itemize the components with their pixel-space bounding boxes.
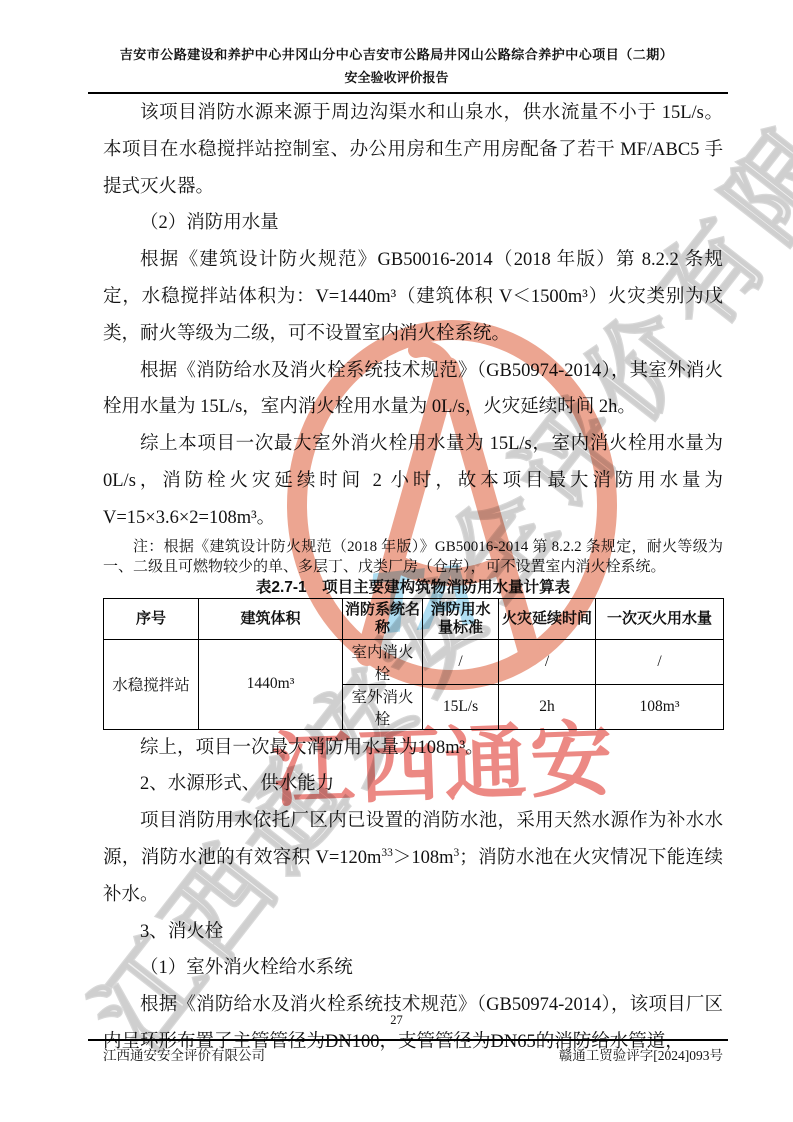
paragraph-fire-pool: 项目消防用水依托厂区内已设置的消防水池，采用天然水源作为补水水源，消防水池的有效… — [103, 803, 723, 913]
page-header-line2: 安全验收评价报告 — [0, 67, 793, 86]
col-header-volume: 建筑体积 — [199, 598, 343, 639]
cell-system-indoor: 室内消火栓 — [343, 639, 423, 684]
document-page: 吉安市公路建设和养护中心井冈山分中心吉安市公路局井冈山公路综合养护中心项目（二期… — [0, 0, 793, 1122]
cell-system-outdoor: 室外消火栓 — [343, 684, 423, 729]
footer-divider — [88, 1039, 728, 1041]
cell-standard-indoor: / — [423, 639, 499, 684]
fire-water-table: 序号 建筑体积 消防系统名称 消防用水量标准 火灾延续时间 一次灭火用水量 水稳… — [103, 598, 724, 730]
cell-volume: 1440m³ — [199, 639, 343, 729]
fire-pool-text-2: ＞108m — [393, 848, 454, 868]
heading-water-supply: 2、水源形式、供水能力 — [103, 766, 723, 803]
page-header: 吉安市公路建设和养护中心井冈山分中心吉安市公路局井冈山公路综合养护中心项目（二期… — [0, 44, 793, 86]
paragraph-fire-water-source: 该项目消防水源来源于周边沟渠水和山泉水，供水流量不小于 15L/s。本项目在水稳… — [103, 95, 723, 205]
heading-fire-water-usage: （2）消防用水量 — [103, 205, 723, 242]
cell-usage-indoor: / — [596, 639, 724, 684]
fire-pool-sup-1: 33 — [381, 847, 392, 859]
footer-company: 江西通安安全评价有限公司 — [103, 1044, 265, 1064]
document-body: 该项目消防水源来源于周边沟渠水和山泉水，供水流量不小于 15L/s。本项目在水稳… — [103, 95, 723, 1061]
col-header-system: 消防系统名称 — [343, 598, 423, 639]
col-header-usage: 一次灭火用水量 — [596, 598, 724, 639]
table-note: 注：根据《建筑设计防火规范（2018 年版）》GB50016-2014 第 8.… — [103, 537, 723, 578]
col-header-seq: 序号 — [104, 598, 199, 639]
paragraph-code-gb50016: 根据《建筑设计防火规范》GB50016-2014（2018 年版）第 8.2.2… — [103, 242, 723, 352]
page-header-line1: 吉安市公路建设和养护中心井冈山分中心吉安市公路局井冈山公路综合养护中心项目（二期… — [0, 44, 793, 63]
cell-duration-outdoor: 2h — [499, 684, 596, 729]
heading-outdoor-hydrant: （1）室外消火栓给水系统 — [103, 950, 723, 987]
cell-duration-indoor: / — [499, 639, 596, 684]
cell-standard-outdoor: 15L/s — [423, 684, 499, 729]
col-header-standard: 消防用水量标准 — [423, 598, 499, 639]
page-footer: 江西通安安全评价有限公司 赣通工贸验评字[2024]093号 — [103, 1044, 723, 1064]
table-row-indoor: 水稳搅拌站 1440m³ 室内消火栓 / / / — [104, 639, 724, 684]
col-header-duration: 火灾延续时间 — [499, 598, 596, 639]
cell-building: 水稳搅拌站 — [104, 639, 199, 729]
paragraph-conclusion: 综上，项目一次最大消防用水量为108m³。 — [103, 730, 723, 767]
page-number: 27 — [0, 1013, 793, 1028]
paragraph-max-water-usage: 综上本项目一次最大室外消火栓用水量为 15L/s，室内消火栓用水量为 0L/s，… — [103, 426, 723, 536]
paragraph-code-gb50974: 根据《消防给水及消火栓系统技术规范》（GB50974-2014），其室外消火栓用… — [103, 353, 723, 427]
header-divider — [88, 92, 728, 94]
heading-hydrant: 3、消火栓 — [103, 914, 723, 951]
cell-usage-outdoor: 108m³ — [596, 684, 724, 729]
table-header-row: 序号 建筑体积 消防系统名称 消防用水量标准 火灾延续时间 一次灭火用水量 — [104, 598, 724, 639]
table-caption: 表2.7-1 项目主要建构筑物消防用水量计算表 — [103, 578, 723, 598]
footer-doc-number: 赣通工贸验评字[2024]093号 — [559, 1044, 723, 1064]
